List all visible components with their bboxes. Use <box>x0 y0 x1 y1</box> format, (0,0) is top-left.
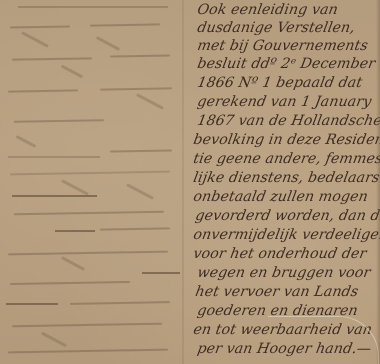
text-line: gevorderd worden, dan die <box>194 208 380 224</box>
faded-stroke <box>41 332 67 348</box>
text-line: met bij Gouvernements <box>196 38 369 54</box>
page-fold <box>182 0 184 364</box>
faded-stroke <box>8 89 78 92</box>
faded-stroke <box>12 57 92 60</box>
ruled-dash <box>6 303 58 305</box>
paper-crease-curve <box>268 316 379 364</box>
page-edge <box>376 0 380 364</box>
faded-stroke <box>61 65 84 79</box>
faded-stroke <box>126 183 154 200</box>
text-line: voor het onderhoud der <box>192 246 368 262</box>
faded-stroke <box>21 31 49 48</box>
faded-stroke <box>61 179 89 196</box>
ruled-dash <box>18 6 168 8</box>
ruled-dash <box>142 272 180 274</box>
faded-stroke <box>110 149 172 152</box>
faded-stroke <box>96 36 120 51</box>
text-line: onbetaald zullen mogen <box>192 189 369 205</box>
faded-stroke <box>14 211 164 216</box>
faded-stroke <box>14 119 104 123</box>
text-line: 1866 Nº 1 bepaald dat <box>196 75 364 91</box>
faded-stroke <box>136 93 164 110</box>
text-line: tie geene andere, femmes, <box>192 151 380 167</box>
faded-stroke <box>10 25 70 28</box>
ruled-dash <box>8 156 100 158</box>
text-line: besluit ddº 2ᵉ December <box>196 56 377 72</box>
text-line: het vervoer van Lands <box>194 284 360 300</box>
faded-stroke <box>10 281 130 285</box>
ruled-dash <box>55 230 95 232</box>
faded-stroke <box>90 23 160 26</box>
faded-stroke <box>61 256 85 271</box>
faded-stroke <box>70 301 170 305</box>
bleed-through-text <box>0 0 185 364</box>
faded-stroke <box>110 54 170 57</box>
faded-stroke <box>8 349 168 354</box>
manuscript-page: Ook eenleiding van dusdanige Verstellen,… <box>0 0 380 364</box>
text-line: dusdanige Verstellen, <box>196 20 356 36</box>
text-line: onvermijdelijk verdeeligen <box>192 227 380 243</box>
faded-stroke <box>12 323 162 328</box>
text-line: lijke dienstens, bedelaars of <box>192 170 380 186</box>
text-line: Ook eenleiding van <box>196 2 339 18</box>
faded-stroke <box>10 171 170 176</box>
ruled-dash <box>12 195 97 197</box>
faded-stroke <box>16 135 37 148</box>
text-line: bevolking in deze Residen, <box>192 132 380 148</box>
faded-stroke <box>100 227 170 230</box>
faded-stroke <box>100 87 172 90</box>
text-line: gerekend van 1 January <box>196 94 373 110</box>
text-line: wegen en bruggen voor <box>196 265 372 281</box>
text-line: 1867 van de Hollandsche <box>196 113 380 129</box>
faded-stroke <box>8 251 168 256</box>
